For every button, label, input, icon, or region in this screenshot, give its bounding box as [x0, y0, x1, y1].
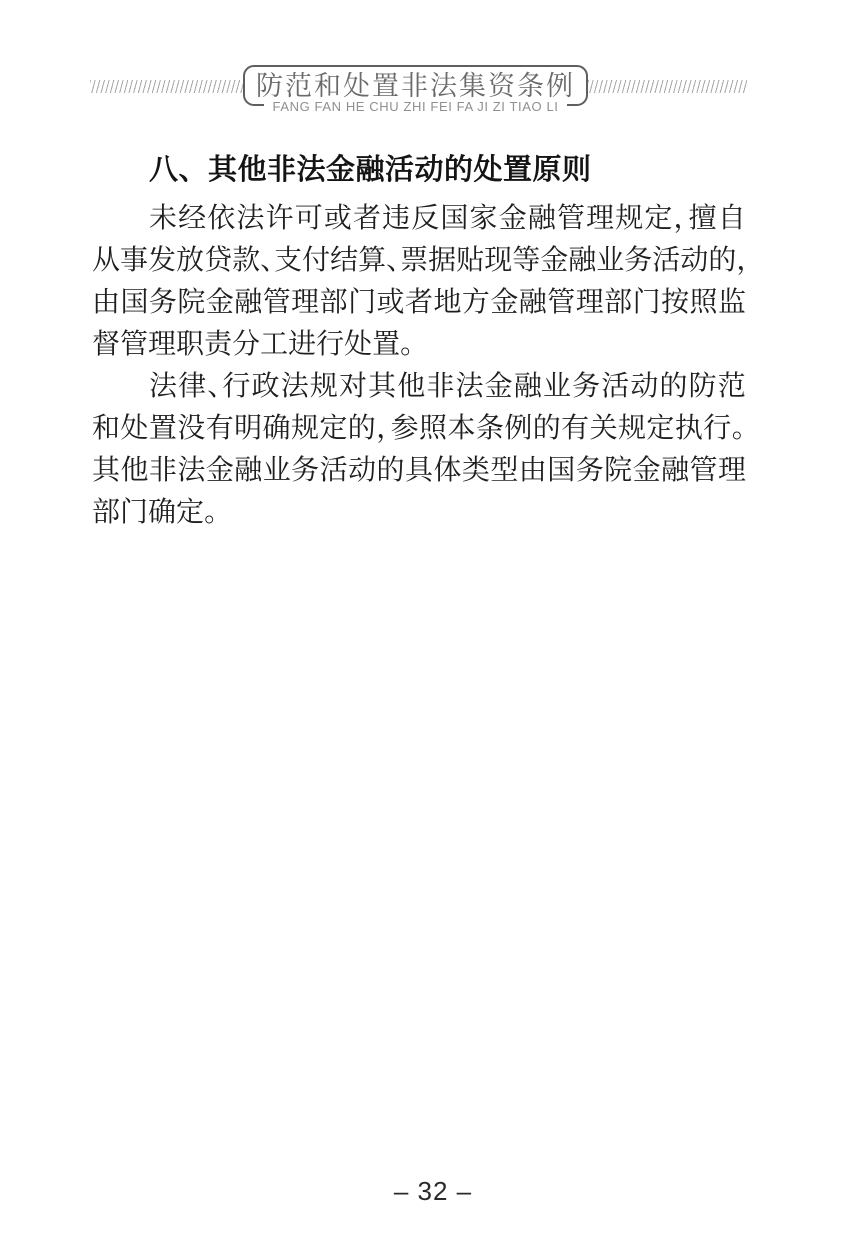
- hatch-right-decoration: [588, 80, 747, 93]
- hatch-left-decoration: [90, 80, 243, 93]
- book-title-pinyin: FANG FAN HE CHU ZHI FEI FA JI ZI TIAO LI: [264, 99, 568, 114]
- text-line: 由国务院金融管理部门或者地方金融管理部门按照监: [92, 282, 746, 324]
- text-line: 其他非法金融业务活动的具体类型由国务院金融管理: [92, 450, 746, 492]
- text-line: 督管理职责分工进行处置。: [92, 324, 746, 366]
- article-paragraphs: 未经依法许可或者违反国家金融管理规定，擅自从事发放贷款、支付结算、票据贴现等金融…: [92, 198, 746, 534]
- text-line: 法律、行政法规对其他非法金融业务活动的防范: [92, 366, 746, 408]
- page-body: 八、其他非法金融活动的处置原则 未经依法许可或者违反国家金融管理规定，擅自从事发…: [92, 152, 746, 534]
- text-line: 部门确定。: [92, 492, 746, 534]
- text-line: 从事发放贷款、支付结算、票据贴现等金融业务活动的，: [92, 240, 746, 282]
- section-heading: 八、其他非法金融活动的处置原则: [92, 152, 746, 188]
- title-box: 防范和处置非法集资条例 FANG FAN HE CHU ZHI FEI FA J…: [243, 65, 588, 106]
- text-line: 和处置没有明确规定的，参照本条例的有关规定执行。: [92, 408, 746, 450]
- book-title: 防范和处置非法集资条例: [256, 64, 575, 103]
- page: 防范和处置非法集资条例 FANG FAN HE CHU ZHI FEI FA J…: [0, 0, 866, 1260]
- page-footer: – 32 –: [0, 1176, 866, 1207]
- text-line: 未经依法许可或者违反国家金融管理规定，擅自: [92, 198, 746, 240]
- page-number: – 32 –: [394, 1176, 472, 1206]
